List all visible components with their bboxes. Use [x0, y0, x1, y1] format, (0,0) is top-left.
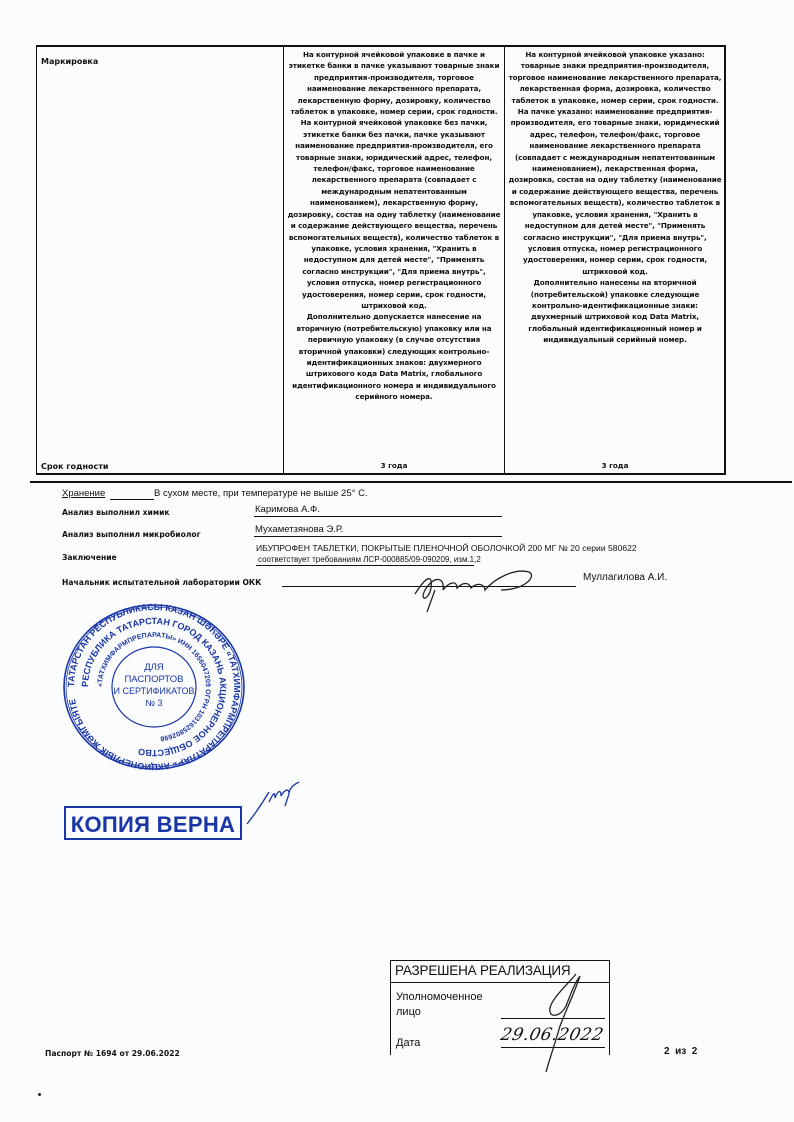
conclusion-line1: ИБУПРОФЕН ТАБЛЕТКИ, ПОКРЫТЫЕ ПЛЕНОЧНОЙ О…	[256, 543, 637, 553]
stamp-center-line1: ДЛЯ	[144, 662, 164, 673]
chemist-label: Анализ выполнил химик	[62, 508, 170, 517]
stamp-center-line2: ПАСПОРТОВ	[124, 674, 183, 685]
column-result: На контурной ячейковой упаковке указано:…	[504, 47, 725, 473]
table-bottom-rule	[30, 481, 792, 483]
release-signature-icon	[530, 968, 590, 1078]
norm-shelf-life: 3 года	[284, 461, 504, 470]
stamp-center-line3: И СЕРТИФИКАТОВ	[114, 686, 195, 696]
head-signature-icon	[405, 560, 545, 620]
release-person-label-2: лицо	[396, 1006, 421, 1018]
stamp-center-line4: № 3	[145, 698, 162, 708]
round-stamp-icon: ТАТАРСТАН РЕСПУБЛИКАСЫ КАЗАН ШӘҺӘРЕ «ТАТ…	[58, 602, 250, 772]
storage-underline	[110, 499, 154, 500]
parameter-marking: Маркировка	[41, 57, 98, 66]
chemist-name: Каримова А.Ф.	[255, 504, 320, 515]
microbiologist-name: Мухаметзянова Э.Р.	[255, 524, 343, 535]
result-shelf-life: 3 года	[505, 461, 725, 470]
chemist-underline	[254, 516, 502, 517]
microbiologist-underline	[254, 536, 502, 537]
result-marking-text: На контурной ячейковой упаковке указано:…	[505, 47, 725, 346]
spec-table: Маркировка Срок годности На контурной яч…	[36, 45, 726, 475]
page-number: 2 из 2	[664, 1046, 697, 1057]
storage-row: ХранениеВ сухом месте, при температуре н…	[62, 488, 368, 499]
head-name: Муллагилова А.И.	[583, 572, 667, 583]
company-round-stamp: ТАТАРСТАН РЕСПУБЛИКАСЫ КАЗАН ШӘҺӘРЕ «ТАТ…	[58, 602, 250, 772]
copy-initials-signature-icon	[245, 780, 305, 826]
head-label: Начальник испытательной лаборатории ОКК	[62, 578, 261, 587]
passport-number: Паспорт № 1694 от 29.06.2022	[45, 1049, 180, 1058]
storage-value: В сухом месте, при температуре не выше 2…	[154, 488, 368, 499]
release-date-label: Дата	[396, 1037, 420, 1049]
storage-label: Хранение	[62, 488, 154, 499]
norm-marking-text: На контурной ячейковой упаковке в пачке …	[284, 47, 504, 403]
parameter-shelf-life: Срок годности	[41, 462, 108, 471]
microbiologist-label: Анализ выполнил микробиолог	[62, 530, 201, 539]
conclusion-label: Заключение	[62, 553, 117, 562]
copy-verified-stamp: КОПИЯ ВЕРНА	[64, 806, 242, 840]
column-norm: На контурной ячейковой упаковке в пачке …	[283, 47, 504, 473]
scan-speck	[38, 1093, 41, 1096]
release-person-label-1: Уполномоченное	[396, 991, 483, 1003]
column-parameter: Маркировка Срок годности	[37, 47, 283, 473]
